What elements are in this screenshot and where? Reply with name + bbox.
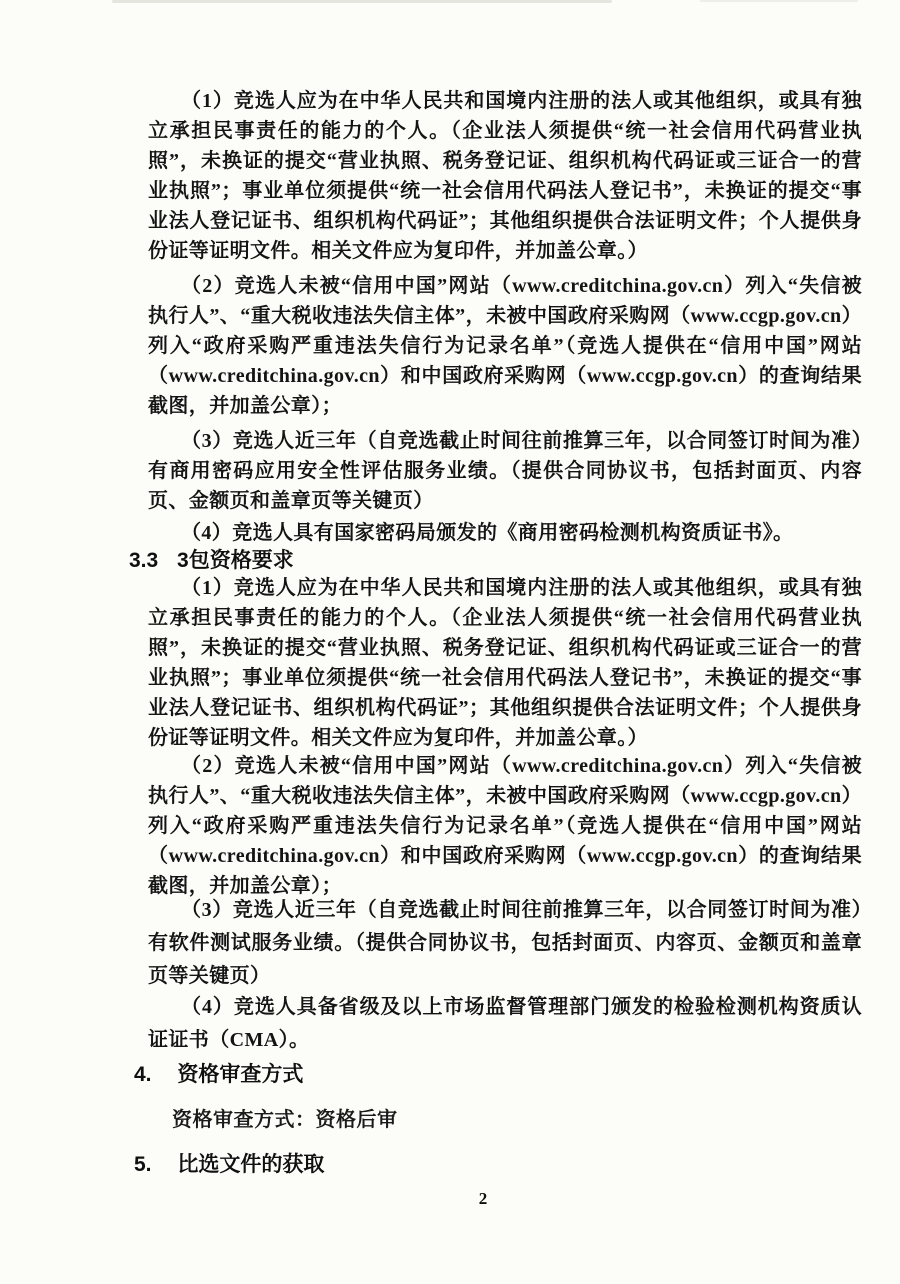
section-number: 3.3 [129, 549, 158, 573]
section-heading-4: 4. 资格审查方式 [134, 1058, 303, 1088]
paragraph-qualification-1: （1）竞选人应为在中华人民共和国境内注册的法人或其他组织，或具有独立承担民事责任… [148, 86, 862, 266]
section-heading-5: 5. 比选文件的获取 [134, 1148, 324, 1178]
paragraph-3-3-1: （1）竞选人应为在中华人民共和国境内注册的法人或其他组织，或具有独立承担民事责任… [148, 573, 862, 753]
section-title: 比选文件的获取 [177, 1148, 324, 1178]
section-title: 资格审查方式 [177, 1058, 303, 1088]
scan-artifact [112, 0, 612, 3]
paragraph-qualification-2: （2）竞选人未被“信用中国”网站（www.creditchina.gov.cn）… [148, 271, 862, 421]
section-heading-3-3: 3.3 3包资格要求 [129, 544, 294, 574]
section-number: 4. [134, 1063, 152, 1087]
section-title: 3包资格要求 [177, 544, 294, 574]
paragraph-qualification-3: （3）竞选人近三年（自竞选截止时间往前推算三年，以合同签订时间为准）有商用密码应… [148, 426, 862, 516]
qualification-review-method: 资格审查方式：资格后审 [172, 1103, 398, 1132]
paragraph-3-3-4: （4）竞选人具备省级及以上市场监督管理部门颁发的检验检测机构资质认证证书（CMA… [148, 991, 862, 1057]
section-number: 5. [134, 1153, 152, 1177]
page-number: 2 [468, 1189, 498, 1209]
paragraph-3-3-3: （3）竞选人近三年（自竞选截止时间往前推算三年，以合同签订时间为准）有软件测试服… [148, 894, 862, 993]
paragraph-3-3-2: （2）竞选人未被“信用中国”网站（www.creditchina.gov.cn）… [148, 751, 862, 901]
document-page: （1）竞选人应为在中华人民共和国境内注册的法人或其他组织，或具有独立承担民事责任… [0, 0, 900, 1284]
scan-artifact [700, 0, 858, 2]
